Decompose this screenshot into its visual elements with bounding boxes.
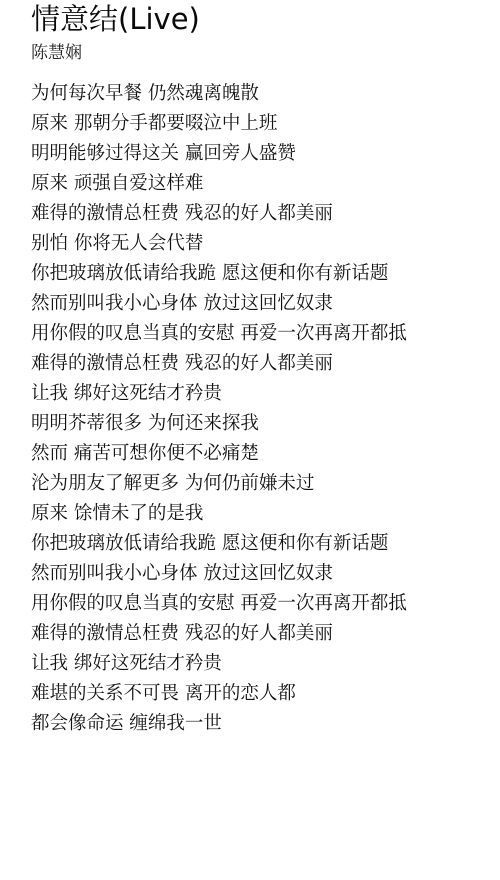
lyric-line: 然而别叫我小心身体 放过这回忆奴隶 [31,560,407,590]
lyric-line: 让我 绑好这死结才矜贵 [31,380,407,410]
song-title: 情意结(Live) [31,1,200,37]
lyric-line: 明明芥蒂很多 为何还来探我 [31,410,407,440]
lyric-line: 然而别叫我小心身体 放过这回忆奴隶 [31,290,407,320]
lyric-line: 用你假的叹息当真的安慰 再爱一次再离开都抵 [31,320,407,350]
lyric-line: 明明能够过得这关 赢回旁人盛赞 [31,140,407,170]
lyric-line: 难得的激情总枉费 残忍的好人都美丽 [31,350,407,380]
lyric-line: 用你假的叹息当真的安慰 再爱一次再离开都抵 [31,590,407,620]
artist-name: 陈慧娴 [31,41,82,65]
lyrics-list: 为何每次早餐 仍然魂离魄散 原来 那朝分手都要啜泣中上班 明明能够过得这关 赢回… [31,80,407,740]
lyric-line: 沦为朋友了解更多 为何仍前嫌未过 [31,470,407,500]
lyric-line: 难堪的关系不可畏 离开的恋人都 [31,680,407,710]
lyric-line: 难得的激情总枉费 残忍的好人都美丽 [31,620,407,650]
lyric-line: 你把玻璃放低请给我跪 愿这便和你有新话题 [31,260,407,290]
lyric-line: 然而 痛苦可想你便不必痛楚 [31,440,407,470]
lyric-line: 让我 绑好这死结才矜贵 [31,650,407,680]
lyric-line: 都会像命运 缠绵我一世 [31,710,407,740]
lyric-line: 别怕 你将无人会代替 [31,230,407,260]
lyric-line: 原来 那朝分手都要啜泣中上班 [31,110,407,140]
lyric-line: 你把玻璃放低请给我跪 愿这便和你有新话题 [31,530,407,560]
lyric-line: 原来 馀情未了的是我 [31,500,407,530]
lyric-line: 难得的激情总枉费 残忍的好人都美丽 [31,200,407,230]
lyric-line: 为何每次早餐 仍然魂离魄散 [31,80,407,110]
lyric-line: 原来 顽强自爱这样难 [31,170,407,200]
